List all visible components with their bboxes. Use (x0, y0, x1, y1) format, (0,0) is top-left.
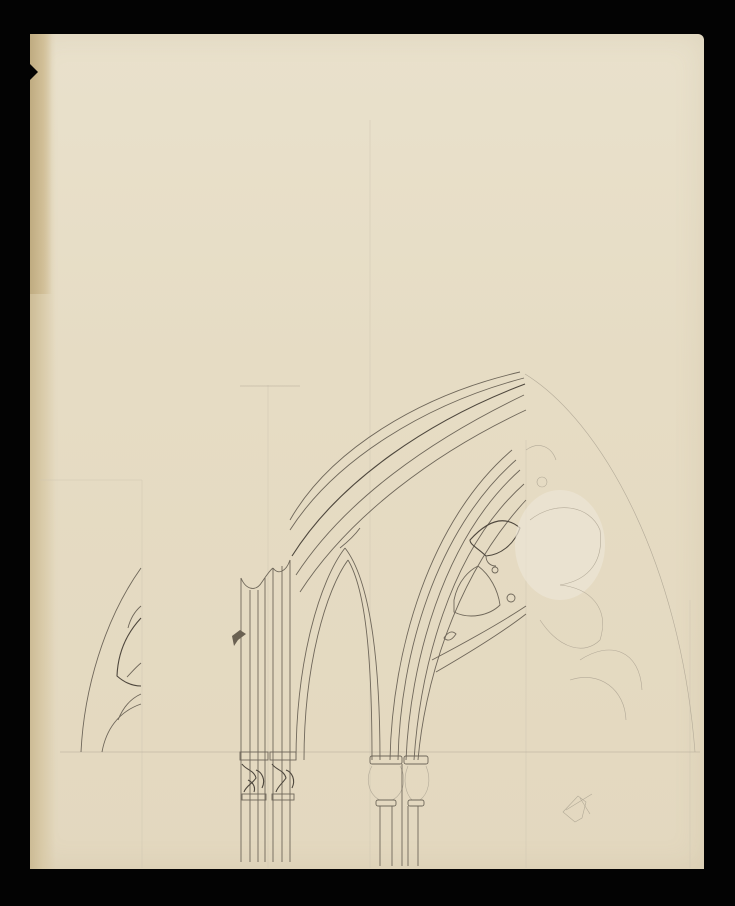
architectural-drawing (0, 0, 735, 906)
left-partial-arch (81, 568, 141, 752)
clustered-column-right (368, 756, 429, 866)
right-tracery-arch (390, 445, 642, 760)
clustered-column-left (232, 560, 296, 862)
scan-background (0, 0, 735, 906)
capital-detail-sketch (563, 794, 592, 822)
construction-lines (40, 120, 700, 868)
main-pointed-arch (290, 372, 695, 752)
inner-lancet-arch (296, 528, 380, 760)
